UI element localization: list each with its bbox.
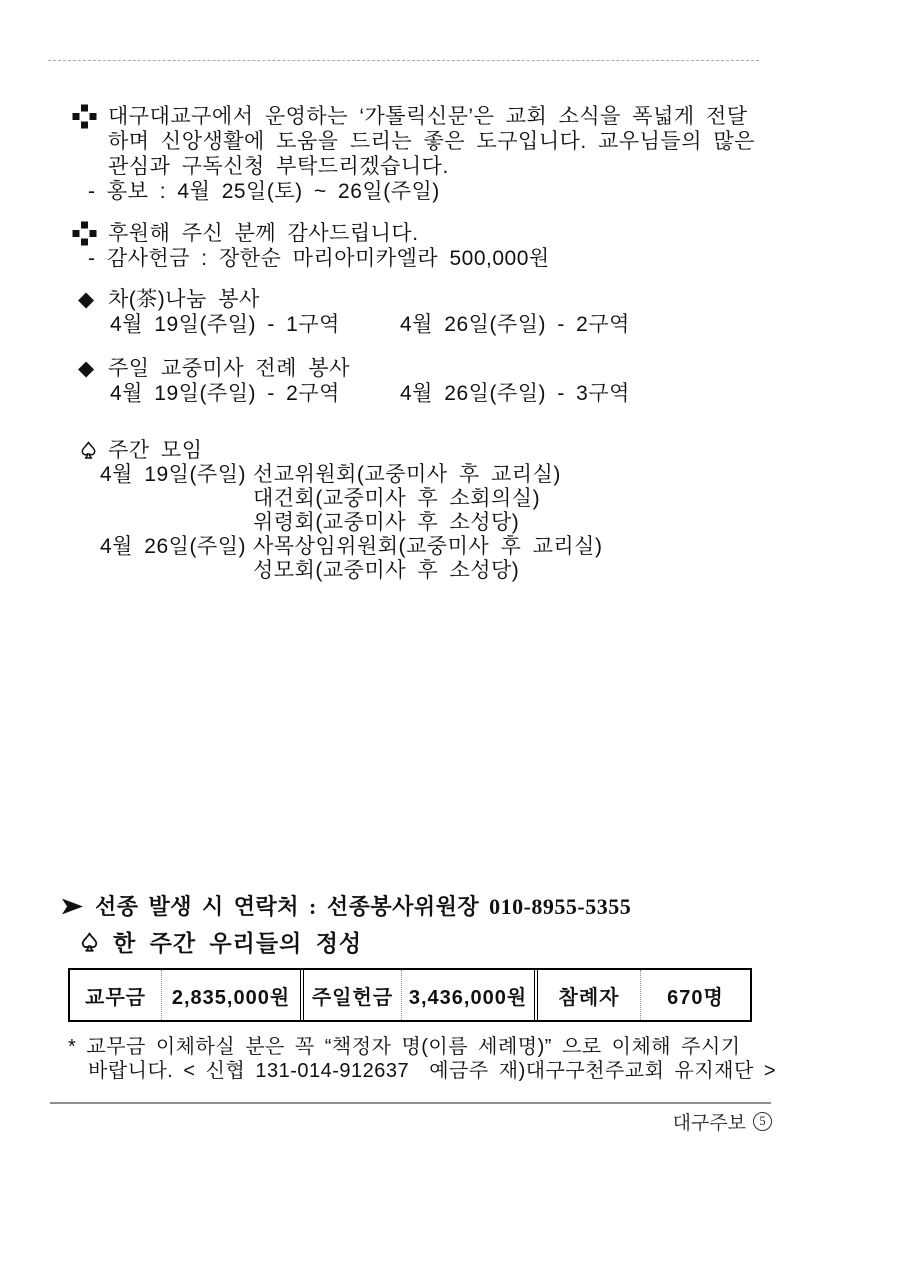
offering-title-text: 한 주간 우리들의 정성 [113,930,362,957]
transfer-note-line1: * 교무금 이체하실 분은 꼭 “책정자 명(이름 세례명)” 으로 이체해 주… [68,1035,776,1059]
meeting-row: 4월 19일(주일) 선교위원회(교중미사 후 교리실) [100,463,602,487]
right-arrowhead-icon [62,898,83,915]
meeting-date [100,487,253,511]
bulletin-name: 대구주보 [673,1108,746,1135]
diamond-bullet-icon: ◆ [78,287,108,312]
newspaper-notice-line1: 대구대교구에서 운영하는 ‘가톨릭신문’은 교회 소식을 폭넓게 전달 [108,104,763,129]
cross-bullet-icon [78,104,108,120]
transfer-note-line2: 바랍니다. < 신협 131-014-912637 예금주 재)대구구천주교회 … [68,1059,776,1083]
meeting-date: 4월 26일(주일) [100,535,253,559]
meeting-date [100,559,253,583]
meeting-row: 성모회(교중미사 후 소성당) [100,559,602,583]
mass-service-week1: 4월 19일(주일) - 2구역 [110,381,400,406]
spade-bullet-icon [78,931,101,954]
offering-label: 참례자 [538,970,640,1020]
offering-label: 교무금 [70,970,161,1020]
offering-value: 670명 [640,970,750,1020]
spade-bullet-icon [78,438,108,461]
newspaper-promo-dates: - 홍보 : 4월 25일(토) ~ 26일(주일) [88,179,763,204]
meeting-name: 성모회(교중미사 후 소성당) [253,559,519,583]
weekly-meetings-title: 주간 모임 [108,438,202,463]
tea-service-week1: 4월 19일(주일) - 1구역 [110,312,400,337]
section-weekly-meetings: 주간 모임 4월 19일(주일) 선교위원회(교중미사 후 교리실) 대건회(교… [78,438,602,583]
page-footer: 대구주보 5 [480,1108,772,1135]
offering-pair: 교무금 2,835,000원 [70,970,300,1020]
meeting-name: 선교위원회(교중미사 후 교리실) [253,463,561,487]
section-newspaper-notice: 대구대교구에서 운영하는 ‘가톨릭신문’은 교회 소식을 폭넓게 전달 하며 신… [78,104,763,204]
top-dashed-divider [48,60,759,61]
thanks-line: 후원해 주신 분께 감사드립니다. [108,221,419,246]
mass-service-title: 주일 교중미사 전례 봉사 [108,356,350,381]
bottom-divider [50,1102,771,1104]
meeting-row: 대건회(교중미사 후 소회의실) [100,487,602,511]
offering-label: 주일헌금 [304,970,401,1020]
mass-service-week2: 4월 26일(주일) - 3구역 [400,381,630,406]
meeting-date: 4월 19일(주일) [100,463,253,487]
tea-service-title: 차(茶)나눔 봉사 [108,287,260,312]
newspaper-notice-line3: 관심과 구독신청 부탁드리겠습니다. [108,154,763,179]
page-number-badge: 5 [753,1112,772,1131]
diamond-bullet-icon: ◆ [78,356,108,381]
meeting-name: 사목상임위원회(교중미사 후 교리실) [253,535,602,559]
offering-pair: 주일헌금 3,436,000원 [300,970,534,1020]
death-contact-line: 선종 발생 시 연락처 : 선종봉사위원장 010-8955-5355 [62,893,631,920]
death-contact-text: 선종 발생 시 연락처 : 선종봉사위원장 010-8955-5355 [95,893,631,920]
section-tea-service: ◆ 차(茶)나눔 봉사 4월 19일(주일) - 1구역 4월 26일(주일) … [78,287,630,337]
offering-pair: 참례자 670명 [534,970,750,1020]
donation-line: - 감사헌금 : 장한순 마리아미카엘라 500,000원 [88,246,550,271]
meeting-row: 4월 26일(주일) 사목상임위원회(교중미사 후 교리실) [100,535,602,559]
meeting-name: 위령회(교중미사 후 소성당) [253,511,519,535]
offering-section-title: 한 주간 우리들의 정성 [78,930,362,957]
tea-service-week2: 4월 26일(주일) - 2구역 [400,312,630,337]
cross-bullet-icon [78,221,108,237]
offering-value: 3,436,000원 [401,970,534,1020]
meeting-name: 대건회(교중미사 후 소회의실) [253,487,540,511]
offering-table: 교무금 2,835,000원 주일헌금 3,436,000원 참례자 670명 [68,968,752,1022]
section-thanks-notice: 후원해 주신 분께 감사드립니다. - 감사헌금 : 장한순 마리아미카엘라 5… [78,221,550,271]
section-mass-service: ◆ 주일 교중미사 전례 봉사 4월 19일(주일) - 2구역 4월 26일(… [78,356,630,406]
transfer-note: * 교무금 이체하실 분은 꼭 “책정자 명(이름 세례명)” 으로 이체해 주… [68,1035,776,1083]
newspaper-notice-line2: 하며 신앙생활에 도움을 드리는 좋은 도구입니다. 교우님들의 많은 [108,129,763,154]
meeting-date [100,511,253,535]
offering-value: 2,835,000원 [161,970,300,1020]
bulletin-page: 대구대교구에서 운영하는 ‘가톨릭신문’은 교회 소식을 폭넓게 전달 하며 신… [0,0,906,1280]
meeting-row: 위령회(교중미사 후 소성당) [100,511,602,535]
